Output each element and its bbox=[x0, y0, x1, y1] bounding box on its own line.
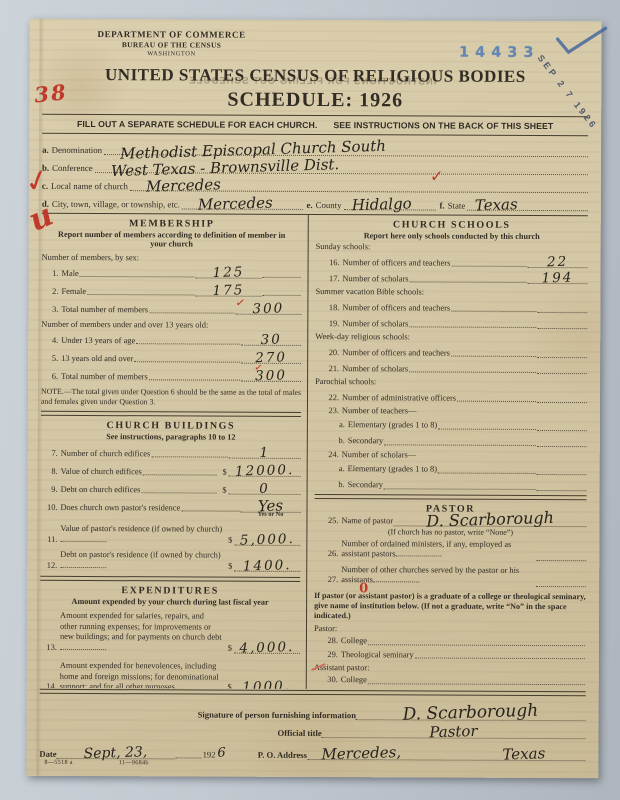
dotted-leader bbox=[438, 472, 536, 473]
question-label: Value of pastor's residence (if owned by… bbox=[60, 524, 223, 546]
dotted-leader bbox=[396, 555, 442, 557]
question-number: 5. bbox=[41, 353, 58, 363]
age-heading: Number of members under and over 13 year… bbox=[41, 320, 301, 330]
question-text: Debt on pastor's residence (if owned by … bbox=[60, 550, 220, 560]
handwritten-value: 1400. bbox=[234, 559, 300, 575]
footer-block: Signature of person furnishing informati… bbox=[39, 698, 585, 760]
question-label: Female bbox=[61, 286, 86, 296]
question-text: Amount expended for salaries, repairs, a… bbox=[60, 611, 222, 642]
field-key: a. bbox=[42, 144, 49, 154]
dotted-leader bbox=[262, 295, 300, 296]
question-number: 27. bbox=[314, 575, 338, 586]
question-number: 30. bbox=[314, 675, 338, 685]
signature-row: Signature of person furnishing informati… bbox=[40, 698, 586, 720]
dollar-sign: $ bbox=[228, 561, 232, 572]
question-number: 25. bbox=[314, 516, 338, 526]
form-content: DEPARTMENT OF COMMERCE BUREAU OF THE CEN… bbox=[39, 29, 588, 761]
question-row-11: 11. Value of pastor's residence (if owne… bbox=[40, 524, 300, 546]
question-row-10: 10. Does church own pastor's residence Y… bbox=[41, 500, 301, 513]
dollar-sign: $ bbox=[222, 467, 226, 477]
answer-line: 125 bbox=[196, 267, 262, 279]
dotted-leader bbox=[415, 658, 585, 660]
question-label: Number of scholars bbox=[343, 274, 409, 284]
weekday-heading: Week-day religious schools: bbox=[315, 332, 587, 342]
question-label: Number of scholars— bbox=[342, 450, 416, 460]
question-row-4: 4. Under 13 years of age 30 bbox=[41, 333, 301, 346]
washington-line: WASHINGTON bbox=[86, 50, 256, 59]
answer-line: 194 bbox=[528, 272, 588, 284]
dollar-sign: $ bbox=[228, 643, 232, 654]
question-row-24b: b. Secondary bbox=[315, 478, 587, 491]
left-column: MEMBERSHIP Report number of members acco… bbox=[40, 213, 308, 688]
handwritten-value: 194 bbox=[527, 271, 587, 286]
scan-backdrop: INSTRUCTIONS FOR FILLING OUT SCHEDULE DE… bbox=[0, 0, 620, 800]
answer-line bbox=[537, 317, 587, 329]
signature-label: Signature of person furnishing informati… bbox=[198, 709, 356, 720]
question-row-30: 30. College bbox=[314, 675, 586, 686]
section-rule bbox=[41, 411, 301, 417]
question-number: 8. bbox=[41, 466, 58, 476]
answer-line bbox=[537, 391, 587, 403]
question-row-21: 21. Number of scholars bbox=[315, 361, 587, 374]
form-columns: MEMBERSHIP Report number of members acco… bbox=[40, 212, 588, 689]
red-zero-mark: 0 bbox=[359, 582, 368, 595]
question-row-12: 12. Debt on pastor's residence (if owned… bbox=[40, 550, 300, 572]
field-answer-line: Mercedes bbox=[182, 196, 303, 210]
field-key: f. bbox=[439, 200, 444, 210]
answer-line: 4,000. bbox=[234, 642, 300, 654]
field-answer-line: Methodist Episcopal Church South bbox=[104, 142, 588, 157]
question-label: Number of officers and teachers bbox=[342, 303, 450, 313]
question-number: 12. bbox=[40, 561, 57, 572]
question-row-13: 13. Amount expended for salaries, repair… bbox=[40, 611, 300, 654]
answer-line: 300 bbox=[235, 303, 301, 315]
answer-line: 1 bbox=[229, 447, 301, 459]
dotted-leader bbox=[136, 343, 240, 344]
question-label: Secondary bbox=[348, 436, 383, 446]
red-check-icon: ✓ bbox=[253, 363, 263, 374]
signature-line: D. Scarborough bbox=[356, 708, 586, 721]
question-label: Amount expended for benevolences, includ… bbox=[60, 661, 223, 690]
dotted-leader bbox=[80, 276, 195, 278]
dotted-leader bbox=[60, 540, 106, 542]
agency-block: DEPARTMENT OF COMMERCE BUREAU OF THE CEN… bbox=[86, 29, 256, 58]
dotted-leader bbox=[134, 361, 240, 362]
graduate-instruction: If pastor (or assistant pastor) is a gra… bbox=[314, 591, 586, 623]
field-answer-line: Hidalgo bbox=[343, 197, 435, 210]
summer-heading: Summer vacation Bible schools: bbox=[315, 287, 587, 297]
question-label: Elementary (grades 1 to 8) bbox=[348, 420, 437, 430]
handwritten-value: 22 bbox=[527, 255, 587, 270]
handwritten-value: Mercedes bbox=[146, 177, 221, 194]
question-label: Elementary (grades 1 to 8) bbox=[348, 464, 437, 474]
schools-subtitle: Report here only schools conducted by th… bbox=[324, 231, 580, 242]
answer-line: 5,000. bbox=[234, 534, 300, 546]
question-label: College bbox=[341, 636, 367, 646]
answer-line bbox=[537, 419, 587, 431]
question-number: 13. bbox=[40, 642, 57, 653]
question-row-9: 9. Debt on church edifices $ 0 bbox=[41, 482, 301, 495]
rule bbox=[42, 132, 588, 135]
answer-line bbox=[536, 575, 586, 587]
dotted-leader bbox=[457, 401, 536, 402]
answer-line: 12000. bbox=[229, 465, 301, 477]
form-number-block: 8—5518 a 11—9684b bbox=[44, 759, 148, 766]
field-label: County bbox=[316, 200, 342, 210]
dotted-leader bbox=[451, 311, 536, 312]
question-row-23a: a. Elementary (grades 1 to 8) bbox=[315, 418, 587, 431]
dotted-leader bbox=[143, 475, 217, 476]
question-letter: a. bbox=[315, 464, 345, 474]
dotted-leader bbox=[151, 457, 227, 458]
dotted-leader bbox=[373, 580, 419, 582]
dotted-leader bbox=[141, 493, 216, 494]
assistant-pastor-heading: Assistant pastor: bbox=[314, 663, 586, 673]
answer-line bbox=[537, 301, 587, 313]
section-rule bbox=[40, 576, 300, 582]
census-form-page: INSTRUCTIONS FOR FILLING OUT SCHEDULE DE… bbox=[26, 19, 601, 778]
expenditures-subtitle: Amount expended by your church during la… bbox=[48, 597, 292, 608]
question-label: Number of scholars bbox=[342, 364, 408, 374]
answer-line bbox=[537, 479, 587, 491]
field-answer-line: Mercedes bbox=[130, 178, 588, 193]
red-tally-number: 38 bbox=[33, 81, 68, 105]
section-rule bbox=[315, 494, 587, 500]
parochial-heading: Parochial schools: bbox=[315, 377, 587, 387]
banner-right: SEE INSTRUCTIONS ON THE BACK OF THIS SHE… bbox=[333, 120, 553, 131]
banner-instruction: FILL OUT A SEPARATE SCHEDULE FOR EACH CH… bbox=[42, 117, 588, 131]
question-label: Theological seminary bbox=[341, 650, 414, 660]
answer-line: 30 bbox=[241, 334, 301, 346]
right-column: CHURCH SCHOOLS Report here only schools … bbox=[306, 214, 588, 689]
question-number: 20. bbox=[315, 348, 339, 358]
date-address-row: Date Sept, 23, 192 6 P. O. Address Merce… bbox=[39, 736, 585, 760]
answer-line bbox=[537, 362, 587, 374]
handwritten-value: 5,000. bbox=[234, 533, 300, 549]
printed-year: 192 bbox=[203, 749, 216, 759]
dotted-leader bbox=[409, 327, 536, 329]
dotted-leader bbox=[60, 566, 106, 568]
question-label: Number of administrative officers bbox=[342, 393, 456, 403]
question-number: 17. bbox=[316, 274, 340, 284]
dotted-leader bbox=[181, 511, 239, 512]
handwritten-address-state: Texas bbox=[502, 746, 545, 762]
handwritten-value: 12000. bbox=[228, 463, 300, 479]
serial-number-stamp: 14433 bbox=[459, 45, 540, 61]
question-row-27: 27. Number of other churches served by t… bbox=[314, 565, 586, 587]
by-sex-heading: Number of members, by sex: bbox=[42, 253, 302, 263]
question-row-19: 19. Number of scholars bbox=[315, 316, 587, 329]
handwritten-value: 30 bbox=[241, 333, 301, 348]
answer-line: 300 bbox=[241, 370, 301, 382]
dotted-leader bbox=[263, 277, 301, 278]
dotted-leader bbox=[384, 488, 536, 490]
dotted-leader bbox=[149, 379, 240, 380]
rule bbox=[42, 113, 588, 116]
question-row-24a: a. Elementary (grades 1 to 8) bbox=[315, 462, 587, 475]
question-number: 7. bbox=[41, 448, 58, 458]
question-row-28: 28. College bbox=[314, 636, 586, 647]
dotted-leader bbox=[149, 312, 234, 313]
question-label: Does church own pastor's residence bbox=[61, 503, 181, 513]
question-number: 21. bbox=[315, 364, 339, 374]
dollar-sign: $ bbox=[222, 485, 226, 495]
question-number: 10. bbox=[41, 502, 58, 512]
question-row-8: 8. Value of church edifices $ 12000. bbox=[41, 464, 301, 477]
question-number: 26. bbox=[314, 549, 338, 560]
field-label: Denomination bbox=[52, 144, 102, 154]
schools-title: CHURCH SCHOOLS bbox=[316, 219, 588, 231]
question-row-2: 2. Female 175 bbox=[41, 284, 301, 297]
form-number: 8—5518 a bbox=[44, 759, 72, 766]
dotted-leader bbox=[451, 356, 536, 357]
question-label: Number of church edifices bbox=[61, 449, 151, 459]
dotted-leader bbox=[368, 644, 585, 646]
form-schedule-title: SCHEDULE: 1926 bbox=[42, 87, 588, 112]
field-city-county-state: d. City, town, village, or township, etc… bbox=[42, 190, 588, 210]
membership-note: NOTE.—The total given under Question 6 s… bbox=[41, 387, 301, 408]
question-number: 28. bbox=[314, 636, 338, 646]
membership-subtitle: Report number of members according to de… bbox=[50, 229, 294, 250]
question-label: Number of other churches served by the p… bbox=[341, 565, 536, 587]
answer-line: 270 bbox=[241, 352, 301, 364]
question-label: Under 13 years of age bbox=[61, 335, 135, 345]
question-label: 13 years old and over bbox=[61, 353, 133, 363]
question-label: Male bbox=[62, 268, 79, 278]
footer-rule bbox=[40, 688, 586, 695]
red-check-icon: ✓ bbox=[430, 169, 443, 185]
address-label: P. O. Address bbox=[258, 749, 307, 759]
question-letter: b. bbox=[315, 436, 345, 446]
question-label: Number of scholars bbox=[342, 319, 408, 329]
question-number: 29. bbox=[314, 650, 338, 660]
answer-line bbox=[536, 549, 586, 561]
question-label: Amount expended for salaries, repairs, a… bbox=[60, 611, 223, 654]
dollar-sign: $ bbox=[228, 535, 232, 546]
question-label: Name of pastor bbox=[341, 516, 393, 526]
question-row-23b: b. Secondary bbox=[315, 434, 587, 447]
question-row-7: 7. Number of church edifices 1 bbox=[41, 446, 301, 459]
question-number: 19. bbox=[315, 319, 339, 329]
handwritten-value: 1 bbox=[229, 445, 301, 461]
dotted-leader bbox=[451, 266, 526, 267]
dotted-leader bbox=[384, 444, 536, 446]
official-title-label: Official title bbox=[278, 727, 322, 737]
field-label: City, town, village, or township, etc. bbox=[52, 198, 180, 209]
question-row-3: 3. Total number of members 300 bbox=[41, 302, 301, 315]
answer-line bbox=[537, 435, 587, 447]
question-label: Number of teachers— bbox=[342, 406, 416, 416]
handwritten-value: Texas bbox=[475, 197, 518, 213]
question-row-18: 18. Number of officers and teachers bbox=[315, 300, 587, 313]
question-number: 23. bbox=[315, 406, 339, 416]
question-row-25: 25. Name of pastor D. Scarborough bbox=[314, 514, 586, 527]
answer-line: 175 bbox=[195, 285, 261, 297]
answer-line: Yes Yes or No bbox=[240, 501, 300, 513]
question-number: 22. bbox=[315, 393, 339, 403]
question-label: Value of church edifices bbox=[61, 467, 142, 477]
dotted-leader bbox=[87, 294, 194, 295]
answer-line bbox=[537, 346, 587, 358]
answer-line: 0 bbox=[229, 483, 301, 495]
question-label: Debt on church edifices bbox=[61, 485, 141, 495]
question-row-23: 23. Number of teachers— bbox=[315, 406, 587, 417]
answer-line bbox=[537, 463, 587, 475]
question-label: Number of ordained ministers, if any, em… bbox=[341, 539, 536, 561]
question-row-14: 14. Amount expended for benevolences, in… bbox=[40, 661, 300, 690]
question-text: Value of pastor's residence (if owned by… bbox=[60, 524, 222, 534]
dotted-leader bbox=[409, 372, 536, 374]
question-number: 16. bbox=[316, 258, 340, 268]
answer-line: 1400. bbox=[234, 560, 300, 572]
question-row-5: 5. 13 years old and over 270 bbox=[41, 351, 301, 364]
question-letter: b. bbox=[315, 480, 345, 490]
form-title: UNITED STATES CENSUS OF RELIGIOUS BODIES bbox=[42, 64, 588, 86]
field-denomination: a. Denomination Methodist Episcopal Chur… bbox=[42, 136, 588, 156]
question-row-1: 1. Male 125 bbox=[42, 266, 302, 279]
question-row-22: 22. Number of administrative officers bbox=[315, 390, 587, 403]
question-row-17: 17. Number of scholars 194 bbox=[316, 271, 588, 284]
question-label: College bbox=[341, 675, 367, 685]
sunday-heading: Sunday schools: bbox=[316, 242, 588, 252]
field-label: State bbox=[448, 200, 466, 210]
question-row-16: 16. Number of officers and teachers 22 bbox=[316, 255, 588, 268]
dotted-leader bbox=[438, 429, 536, 430]
red-check-icon: ✓ bbox=[235, 296, 247, 309]
field-answer-line: West Texas - Brownsville Dist. bbox=[95, 160, 588, 175]
date-line: Sept, 23, bbox=[57, 746, 175, 759]
handwritten-value: 4,000. bbox=[234, 640, 300, 656]
handwritten-value: 175 bbox=[195, 283, 261, 299]
field-answer-line: Texas bbox=[467, 197, 588, 211]
handwritten-value: 125 bbox=[195, 265, 261, 281]
question-number: 9. bbox=[41, 484, 58, 494]
form-number: 11—9684b bbox=[119, 759, 149, 766]
blue-checkmark-icon bbox=[553, 25, 611, 57]
handwritten-address-city: Mercedes, bbox=[321, 744, 401, 761]
question-row-29: 29. Theological seminary bbox=[314, 650, 586, 661]
yes-or-no-label: Yes or No bbox=[240, 511, 300, 518]
expenditures-title: EXPENDITURES bbox=[40, 585, 300, 597]
question-row-26: 26. Number of ordained ministers, if any… bbox=[314, 539, 586, 561]
question-number: 24. bbox=[315, 450, 339, 460]
handwritten-value: 270 bbox=[241, 351, 301, 366]
question-label: Debt on pastor's residence (if owned by … bbox=[60, 550, 223, 572]
official-title-line: Pastor bbox=[322, 726, 586, 739]
field-label: Conference bbox=[52, 162, 93, 172]
question-row-24: 24. Number of scholars— bbox=[315, 450, 587, 461]
dotted-leader bbox=[410, 282, 527, 284]
buildings-title: CHURCH BUILDINGS bbox=[41, 420, 301, 432]
question-row-20: 20. Number of officers and teachers bbox=[315, 345, 587, 358]
banner-left: FILL OUT A SEPARATE SCHEDULE FOR EACH CH… bbox=[77, 118, 317, 129]
identification-fields: a. Denomination Methodist Episcopal Chur… bbox=[42, 136, 588, 210]
question-label: Number of officers and teachers bbox=[343, 258, 451, 268]
field-key: e. bbox=[306, 199, 312, 209]
question-number: 6. bbox=[41, 371, 58, 381]
buildings-subtitle: See instructions, paragraphs 10 to 12 bbox=[49, 432, 293, 443]
handwritten-value: 300 bbox=[241, 369, 301, 384]
address-line: Mercedes, Texas bbox=[307, 747, 585, 760]
answer-line: 22 bbox=[528, 256, 588, 268]
handwritten-year-digit: 6 bbox=[217, 746, 226, 759]
handwritten-value: Mercedes bbox=[198, 195, 273, 212]
handwritten-value: 0 bbox=[228, 481, 300, 497]
question-number: 4. bbox=[41, 335, 58, 345]
question-number: 18. bbox=[315, 303, 339, 313]
question-label: Secondary bbox=[348, 480, 383, 490]
dotted-leader bbox=[176, 757, 202, 758]
question-number: 3. bbox=[41, 304, 58, 314]
question-number: 1. bbox=[42, 268, 59, 278]
answer-line: D. Scarborough bbox=[393, 514, 586, 527]
question-label: Number of officers and teachers bbox=[342, 348, 450, 358]
membership-title: MEMBERSHIP bbox=[42, 217, 302, 229]
question-number: 11. bbox=[40, 535, 57, 546]
question-number: 2. bbox=[41, 286, 58, 296]
question-text: Amount expended for benevolences, includ… bbox=[60, 661, 219, 690]
question-label: Total number of members bbox=[61, 304, 148, 314]
dotted-leader bbox=[368, 683, 585, 685]
department-line: DEPARTMENT OF COMMERCE bbox=[87, 29, 257, 41]
pastor-heading: Pastor: bbox=[314, 624, 586, 634]
handwritten-value: Hidalgo bbox=[351, 196, 411, 213]
date-label: Date bbox=[39, 748, 56, 758]
question-letter: a. bbox=[315, 420, 345, 430]
question-label: Total number of members bbox=[61, 371, 148, 381]
field-label: Local name of church bbox=[51, 180, 128, 190]
dotted-leader bbox=[60, 648, 106, 650]
